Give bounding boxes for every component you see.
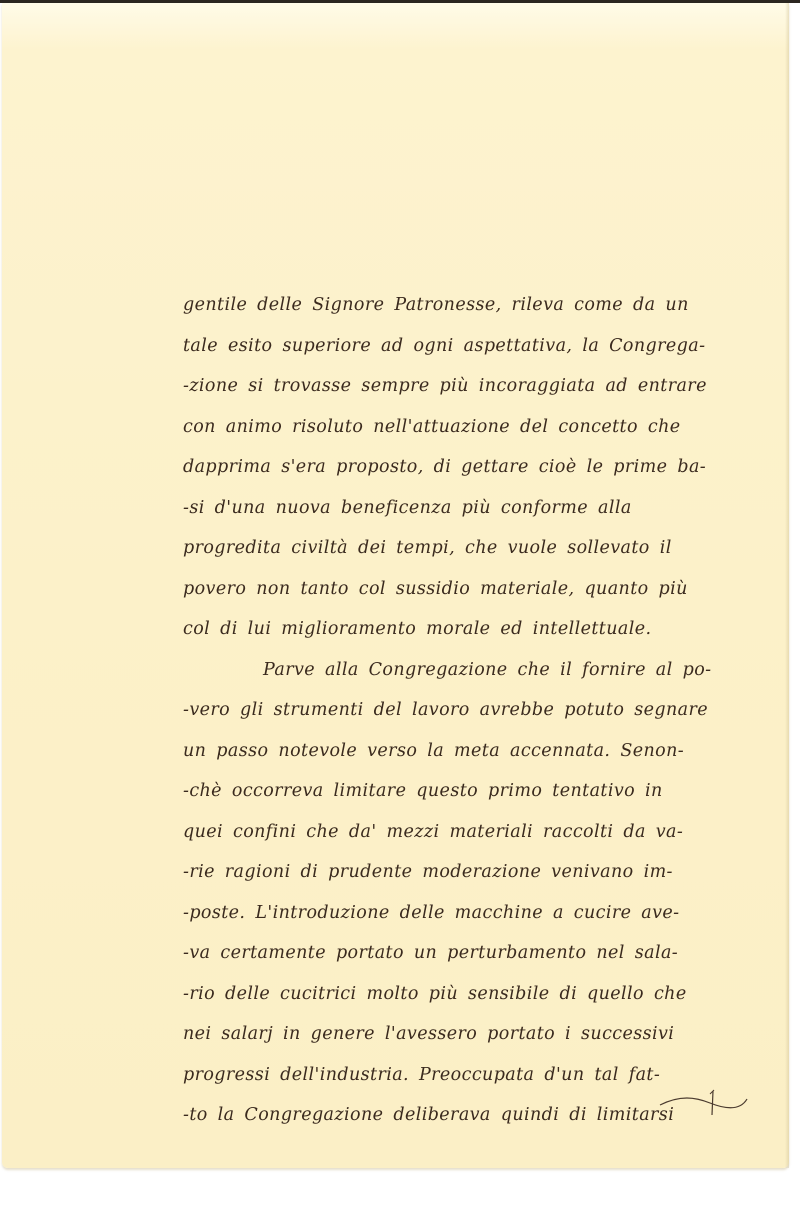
text-line: progredita civiltà dei tempi, che vuole …: [183, 528, 793, 569]
text-line: nei salarj in genere l'avessero portato …: [183, 1014, 793, 1055]
text-line: -va certamente portato un perturbamento …: [183, 933, 793, 974]
text-line: dapprima s'era proposto, di gettare cioè…: [183, 447, 793, 488]
page-flourish-mark-icon: [655, 1085, 755, 1135]
text-line: -chè occorreva limitare questo primo ten…: [183, 771, 793, 812]
paragraph-start-line: Parve alla Congregazione che il fornire …: [183, 650, 793, 691]
text-line: col di lui miglioramento morale ed intel…: [183, 609, 793, 650]
text-line: povero non tanto col sussidio materiale,…: [183, 569, 793, 610]
scanned-document: gentile delle Signore Patronesse, rileva…: [0, 0, 800, 1223]
text-line: -rio delle cucitrici molto più sensibile…: [183, 974, 793, 1015]
text-line: -poste. L'introduzione delle macchine a …: [183, 893, 793, 934]
text-line: un passo notevole verso la meta accennat…: [183, 731, 793, 772]
text-line: gentile delle Signore Patronesse, rileva…: [183, 285, 793, 326]
text-line: quei confini che da' mezzi materiali rac…: [183, 812, 793, 853]
text-line: -vero gli strumenti del lavoro avrebbe p…: [183, 690, 793, 731]
text-line: con animo risoluto nell'attuazione del c…: [183, 407, 793, 448]
manuscript-text-block: gentile delle Signore Patronesse, rileva…: [183, 285, 793, 1136]
text-line: tale esito superiore ad ogni aspettativa…: [183, 326, 793, 367]
text-line: -si d'una nuova beneficenza più conforme…: [183, 488, 793, 529]
text-line: -rie ragioni di prudente moderazione ven…: [183, 852, 793, 893]
text-line: -zione si trovasse sempre più incoraggia…: [183, 366, 793, 407]
